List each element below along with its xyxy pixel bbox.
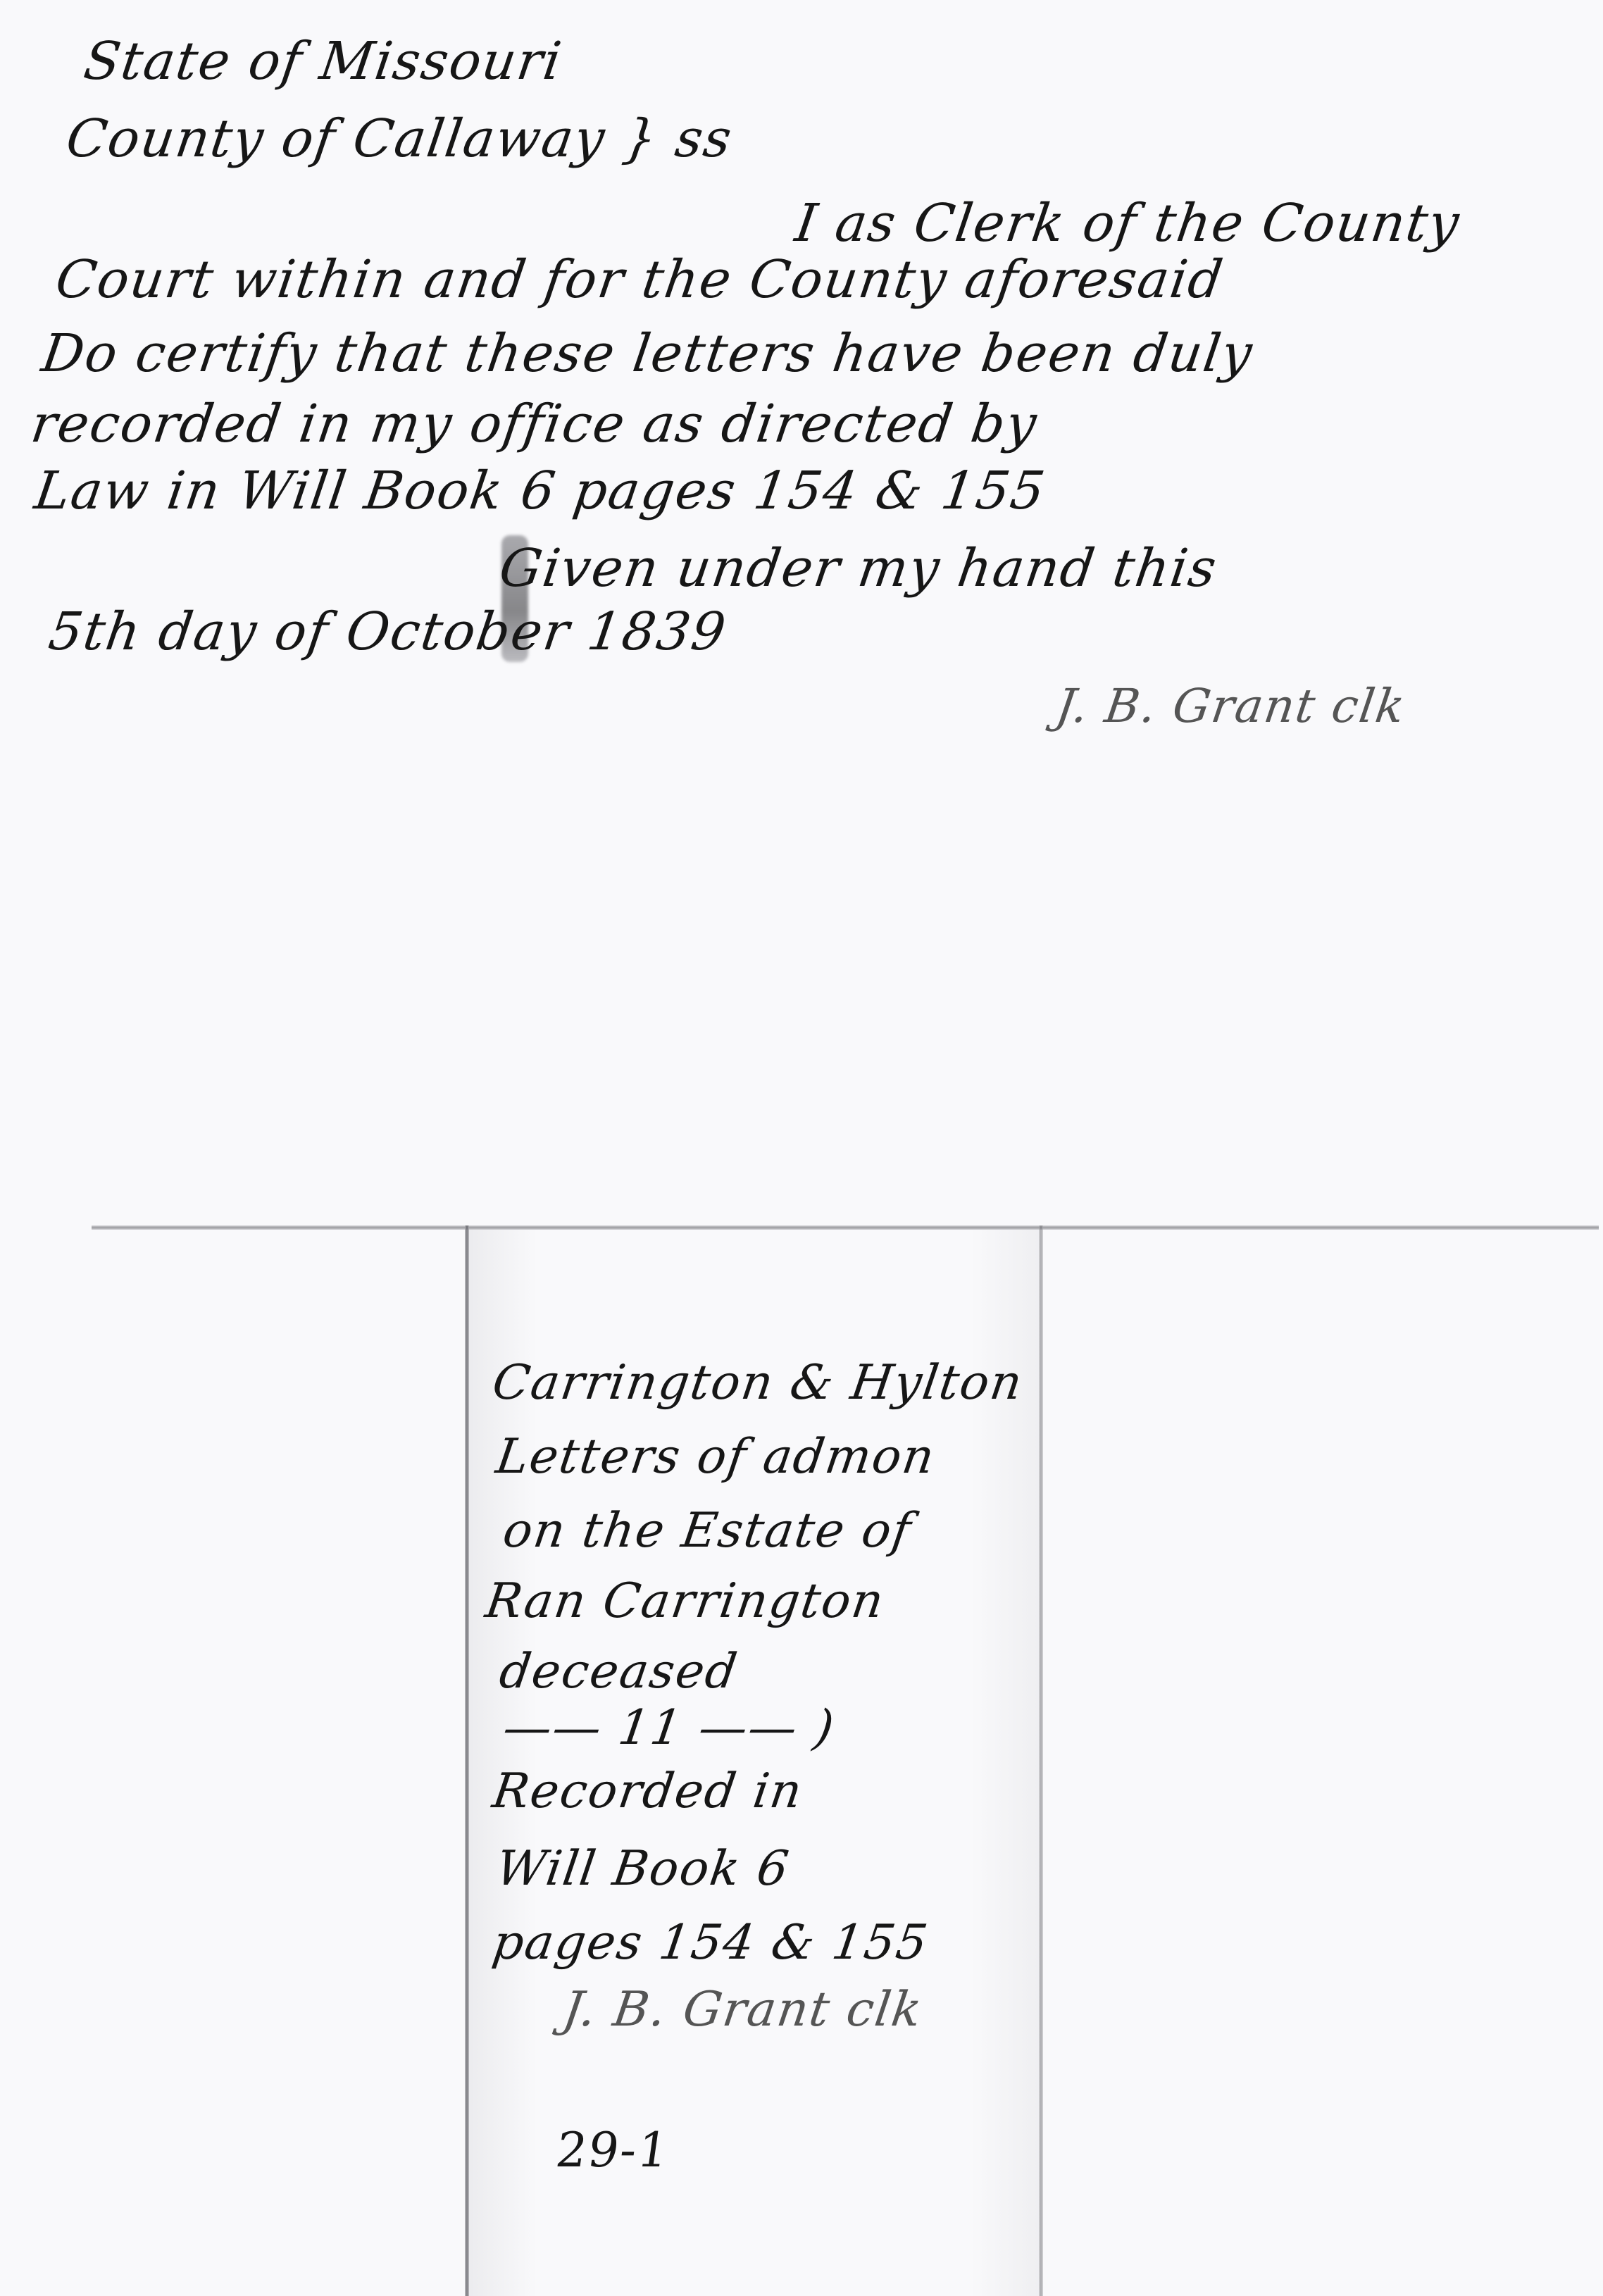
docket-line-decedent: Ran Carrington: [482, 1578, 887, 1626]
docket-line-will-book: Will Book 6: [493, 1845, 792, 1893]
docket-line-letters: Letters of admon: [493, 1433, 938, 1481]
docket-clerk-signature: J. B. Grant clk: [560, 1986, 925, 2034]
right-fold-crease: [1039, 1225, 1043, 2296]
certificate-line-given: Given under my hand this: [497, 542, 1221, 594]
clerk-signature: J. B. Grant clk: [1053, 683, 1409, 730]
docket-flourish: —— 11 —— ): [500, 1704, 837, 1752]
certificate-line-clerk: I as Clerk of the County: [792, 197, 1464, 249]
scanned-document-page: State of Missouri County of Callaway } s…: [0, 0, 1603, 2296]
docket-line-parties: Carrington & Hylton: [489, 1359, 1026, 1407]
docket-line-deceased: deceased: [497, 1648, 741, 1696]
certificate-line-court: Court within and for the County aforesai…: [53, 254, 1227, 306]
certificate-line-certify: Do certify that these letters have been …: [39, 327, 1256, 380]
certificate-line-recorded: recorded in my office as directed by: [28, 398, 1041, 450]
certificate-line-will-book: Law in Will Book 6 pages 154 & 155: [32, 465, 1049, 517]
docket-line-recorded: Recorded in: [489, 1768, 806, 1816]
file-number: 29-1: [553, 2127, 673, 2175]
certificate-line-county: County of Callaway } ss: [63, 113, 736, 165]
certificate-line-date: 5th day of October 1839: [46, 606, 730, 658]
docket-line-pages: pages 154 & 155: [489, 1919, 931, 1967]
docket-line-estate: on the Estate of: [500, 1507, 915, 1555]
certificate-line-state: State of Missouri: [81, 35, 566, 87]
